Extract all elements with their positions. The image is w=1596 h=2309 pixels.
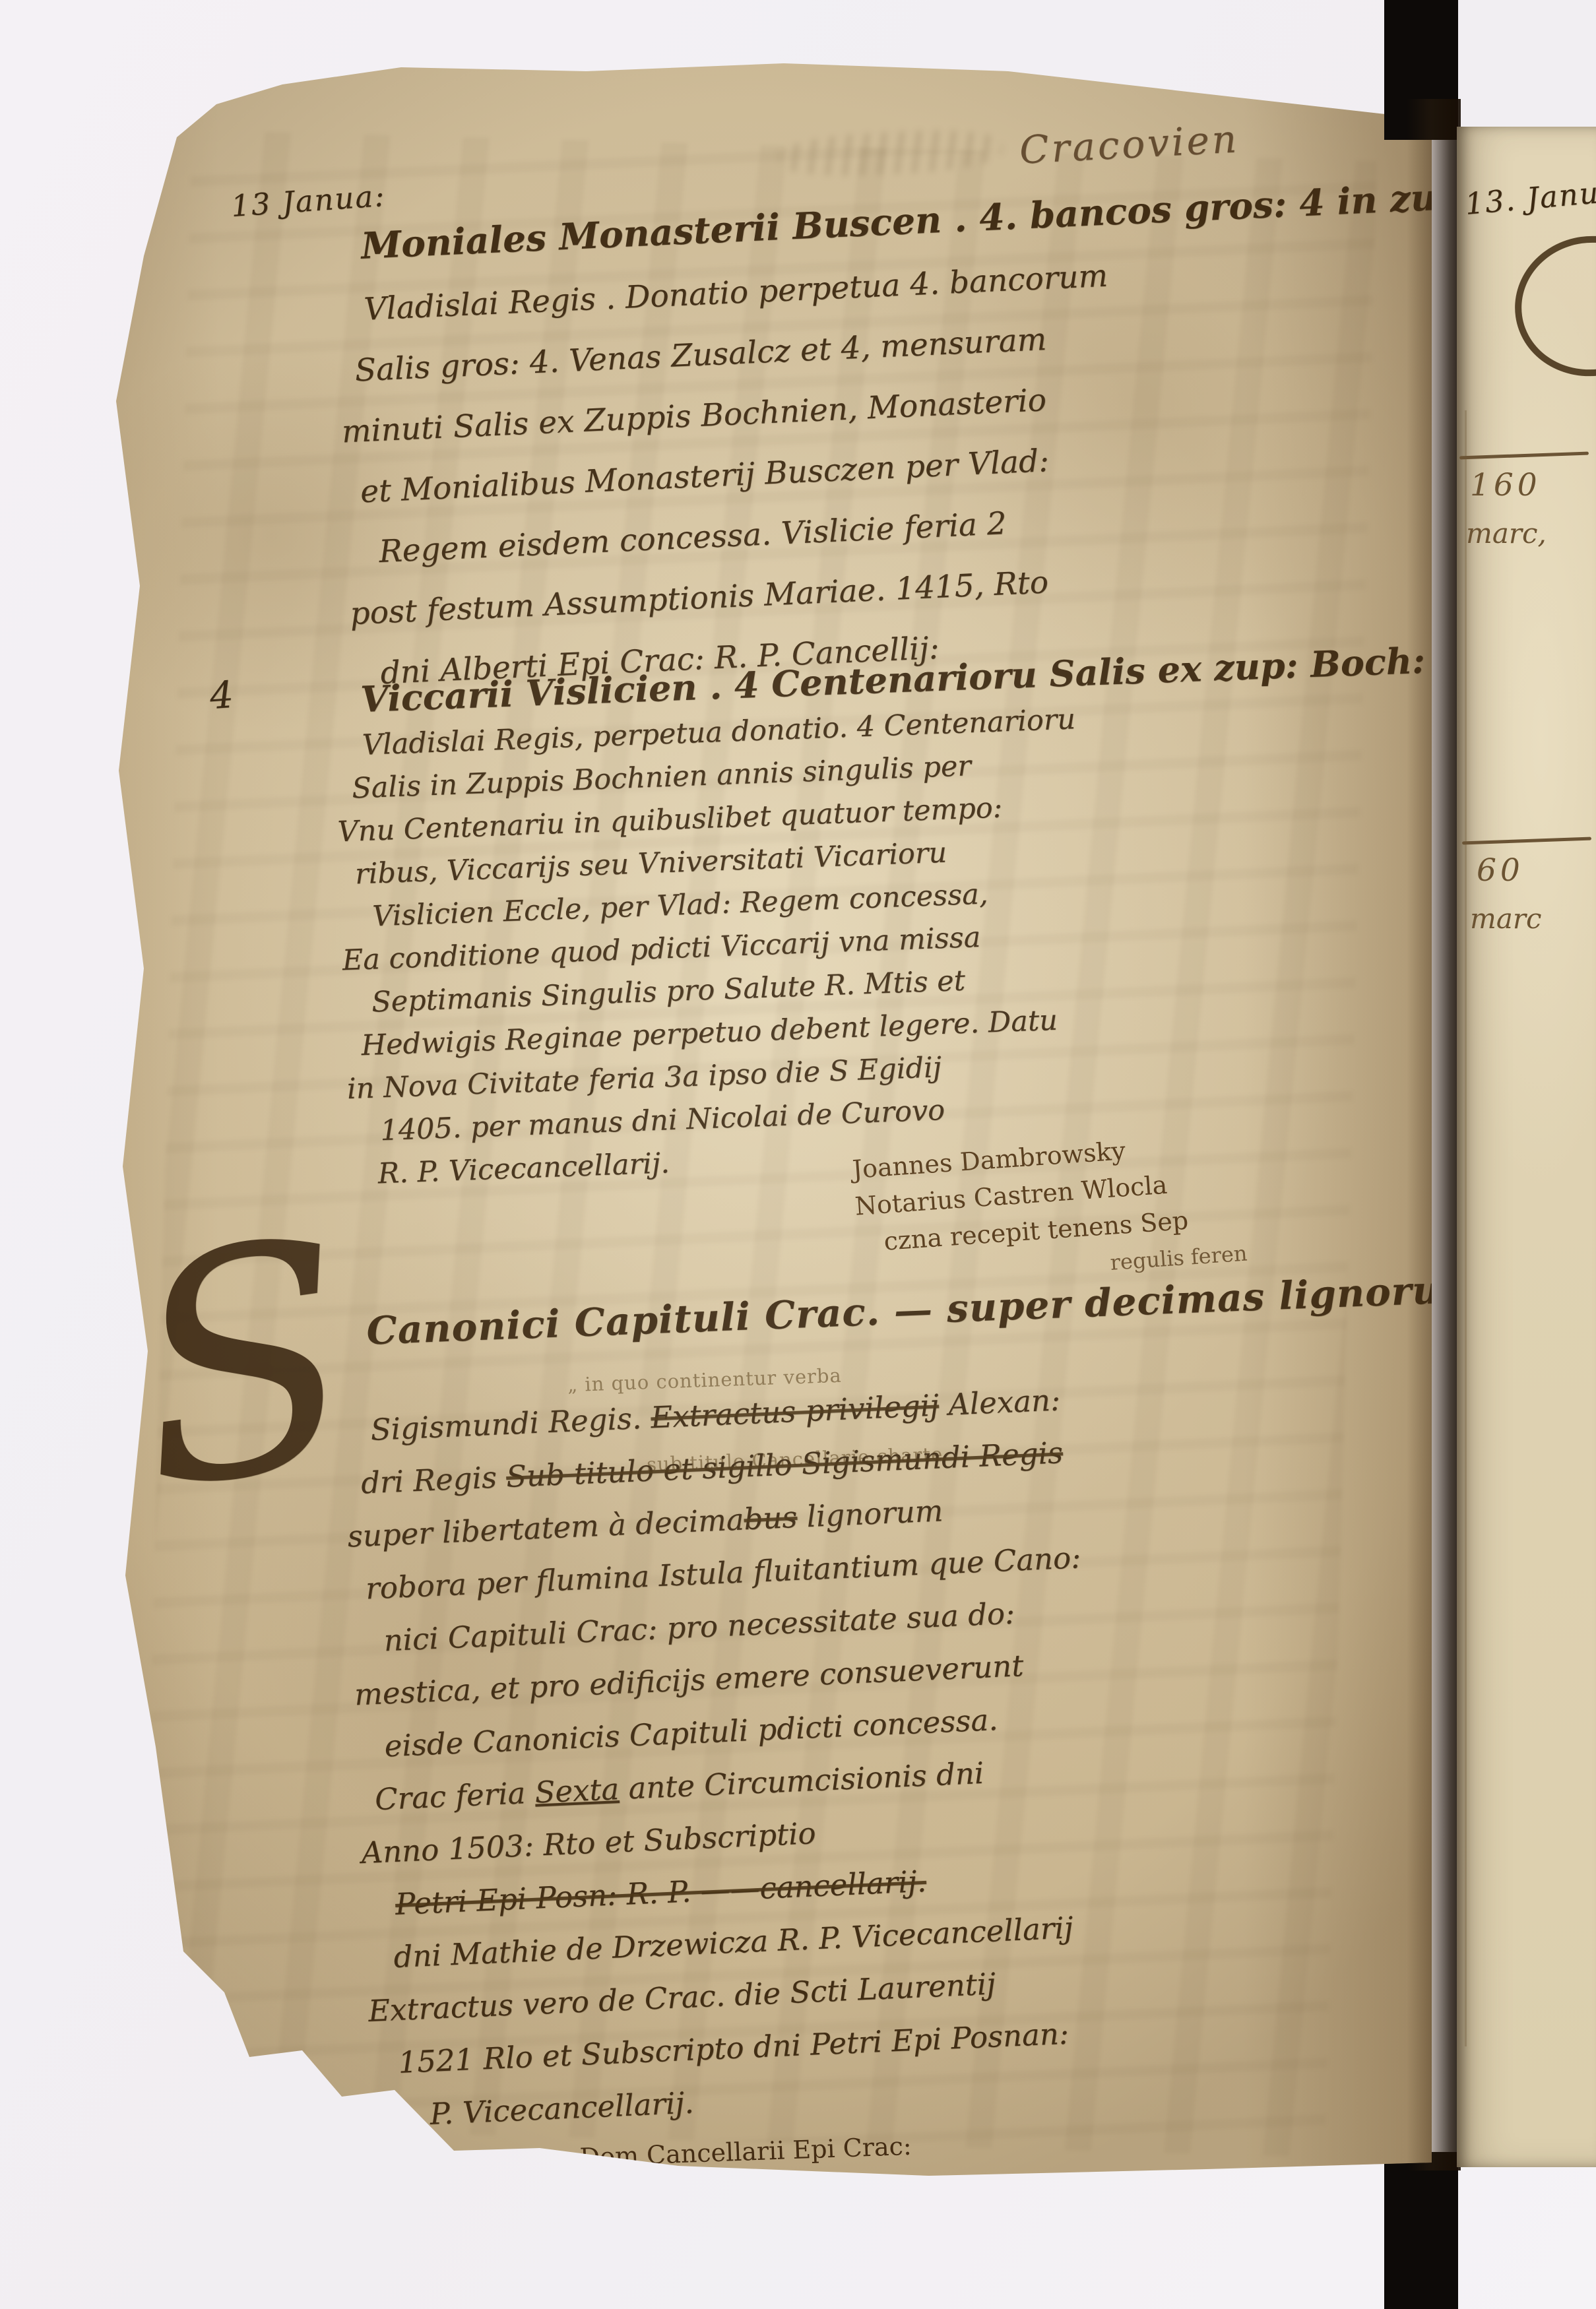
- closing-note: Martin Zaliski Senator Dom Cancellarii E…: [284, 2126, 914, 2229]
- entry-canonici-capituli: Sigismundi Regis. Extractus privilegij A…: [369, 1373, 1105, 2141]
- amount-unit: marc,: [1466, 517, 1547, 550]
- amount-value: 60: [1477, 852, 1524, 889]
- entry-viccarii-vislicien: Viccarii Vislicien . 4 Centenarioru Sali…: [360, 635, 1443, 1196]
- text-segment: ante Circumcisionis dni: [618, 1755, 984, 1806]
- decorated-initial: S: [119, 1213, 368, 1519]
- text-segment: R. P. Vicecancellarij.: [377, 1147, 670, 1190]
- faded-ink-marks: [778, 126, 1004, 180]
- margin-number: 4: [208, 674, 235, 718]
- book-gutter-shadow: [1407, 99, 1461, 2170]
- text-segment: Alexan:: [938, 1382, 1061, 1422]
- text-segment: super libertatem à decima: [347, 1502, 745, 1554]
- manuscript-line: Martin Zaliski Senator Dom Cancellarii E…: [284, 2126, 912, 2188]
- entry-body: Vladislai Regis, perpetua donatio. 4 Cen…: [362, 685, 1444, 1196]
- text-segment: Crac feria: [374, 1775, 536, 1818]
- notary-side-note: Joannes DambrowskyNotarius Castren Wlocl…: [851, 1124, 1248, 1298]
- text-segment: regulis feren: [1109, 1241, 1248, 1275]
- manuscript-scan: Cracovien 13 Janua: Moniales Monasterii …: [0, 0, 1596, 2309]
- left-page: Cracovien 13 Janua: Moniales Monasterii …: [84, 58, 1432, 2229]
- margin-date-right-page: 13. Janua:: [1463, 172, 1596, 222]
- entry-body: Vladislai Regis . Donatio perpetua 4. ba…: [363, 227, 1543, 704]
- text-segment: bus: [743, 1500, 798, 1536]
- page-header-title: Cracovien: [1018, 116, 1240, 172]
- ledger-rule: [1462, 837, 1591, 845]
- text-segment: dri Regis: [360, 1459, 507, 1501]
- text-segment: Extractus privilegij: [650, 1387, 940, 1435]
- text-segment: Sigismundi Regis.: [370, 1400, 652, 1447]
- text-segment: Sexta: [534, 1771, 620, 1810]
- black-ribbon-bottom: [1384, 2152, 1458, 2309]
- flourish-initial-circle: [1506, 226, 1596, 386]
- entry-moniales-buscen: Moniales Monasterii Buscen . 4. bancos g…: [360, 160, 1543, 704]
- right-page-strip: 13. Janua: 160 marc, 60 marc: [1457, 127, 1596, 2167]
- right-page-crease: [1465, 410, 1467, 2046]
- text-segment: accepit Libris supranis descriptas;: [285, 2179, 724, 2223]
- amount-value: 160: [1470, 467, 1541, 503]
- text-segment: Martin Zaliski Senator Dom Cancellarii E…: [284, 2132, 912, 2182]
- text-segment: R. P. Vicecancellarij.: [388, 2085, 695, 2134]
- text-segment: lignorum: [796, 1493, 943, 1534]
- amount-unit: marc: [1470, 902, 1541, 935]
- manuscript-line: accepit Libris supranis descriptas;: [285, 2167, 914, 2229]
- ledger-rule: [1459, 452, 1589, 460]
